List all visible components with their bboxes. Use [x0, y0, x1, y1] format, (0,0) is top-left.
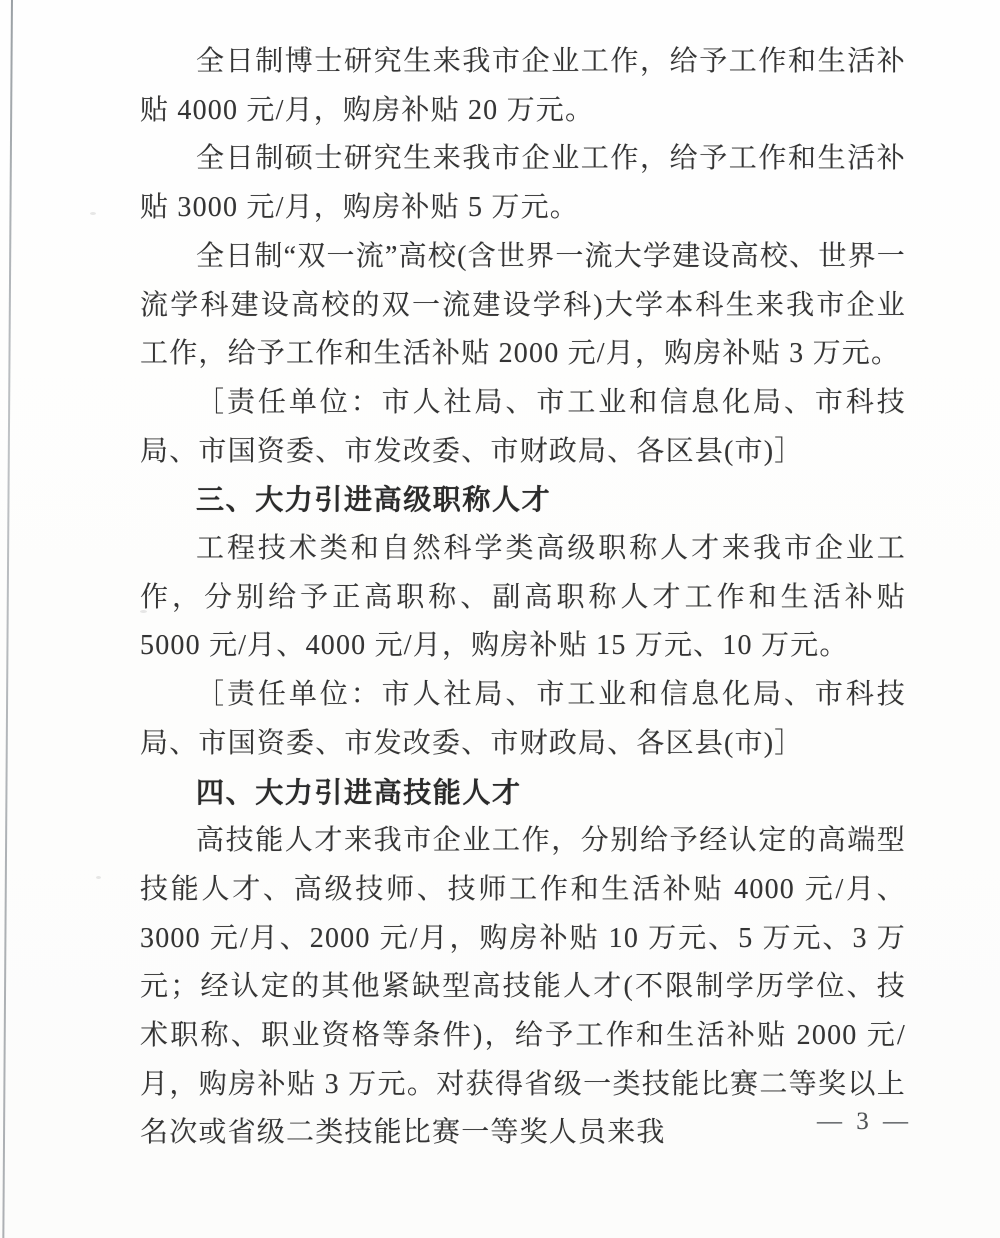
paragraph-double-first-class-subsidy: 全日制“双一流”高校(含世界一流大学建设高校、世界一流学科建设高校的双一流建设学…: [140, 233, 906, 379]
paragraph-high-skill-subsidy: 高技能人才来我市企业工作，分别给予经认定的高端型技能人才、高级技师、技师工作和生…: [140, 817, 906, 1158]
responsible-units-note-1: ［责任单位：市人社局、市工业和信息化局、市科技局、市国资委、市发改委、市财政局、…: [140, 379, 906, 476]
page-number: — 3 —: [817, 1108, 912, 1136]
paragraph-doctoral-subsidy: 全日制博士研究生来我市企业工作，给予工作和生活补贴 4000 元/月，购房补贴 …: [140, 38, 906, 135]
section-heading-3: 三、大力引进高级职称人才: [140, 476, 906, 525]
paragraph-senior-title-subsidy: 工程技术类和自然科学类高级职称人才来我市企业工作，分别给予正高职称、副高职称人才…: [140, 525, 906, 671]
section-heading-4: 四、大力引进高技能人才: [140, 769, 906, 818]
paragraph-master-subsidy: 全日制硕士研究生来我市企业工作，给予工作和生活补贴 3000 元/月，购房补贴 …: [140, 135, 906, 232]
document-page: 全日制博士研究生来我市企业工作，给予工作和生活补贴 4000 元/月，购房补贴 …: [0, 0, 1000, 1238]
document-body-text: 全日制博士研究生来我市企业工作，给予工作和生活补贴 4000 元/月，购房补贴 …: [140, 38, 906, 1158]
scan-edge-line: [2, 0, 13, 1238]
scan-smudge: [96, 876, 101, 879]
scan-smudge: [90, 212, 96, 215]
responsible-units-note-2: ［责任单位：市人社局、市工业和信息化局、市科技局、市国资委、市发改委、市财政局、…: [140, 671, 906, 768]
